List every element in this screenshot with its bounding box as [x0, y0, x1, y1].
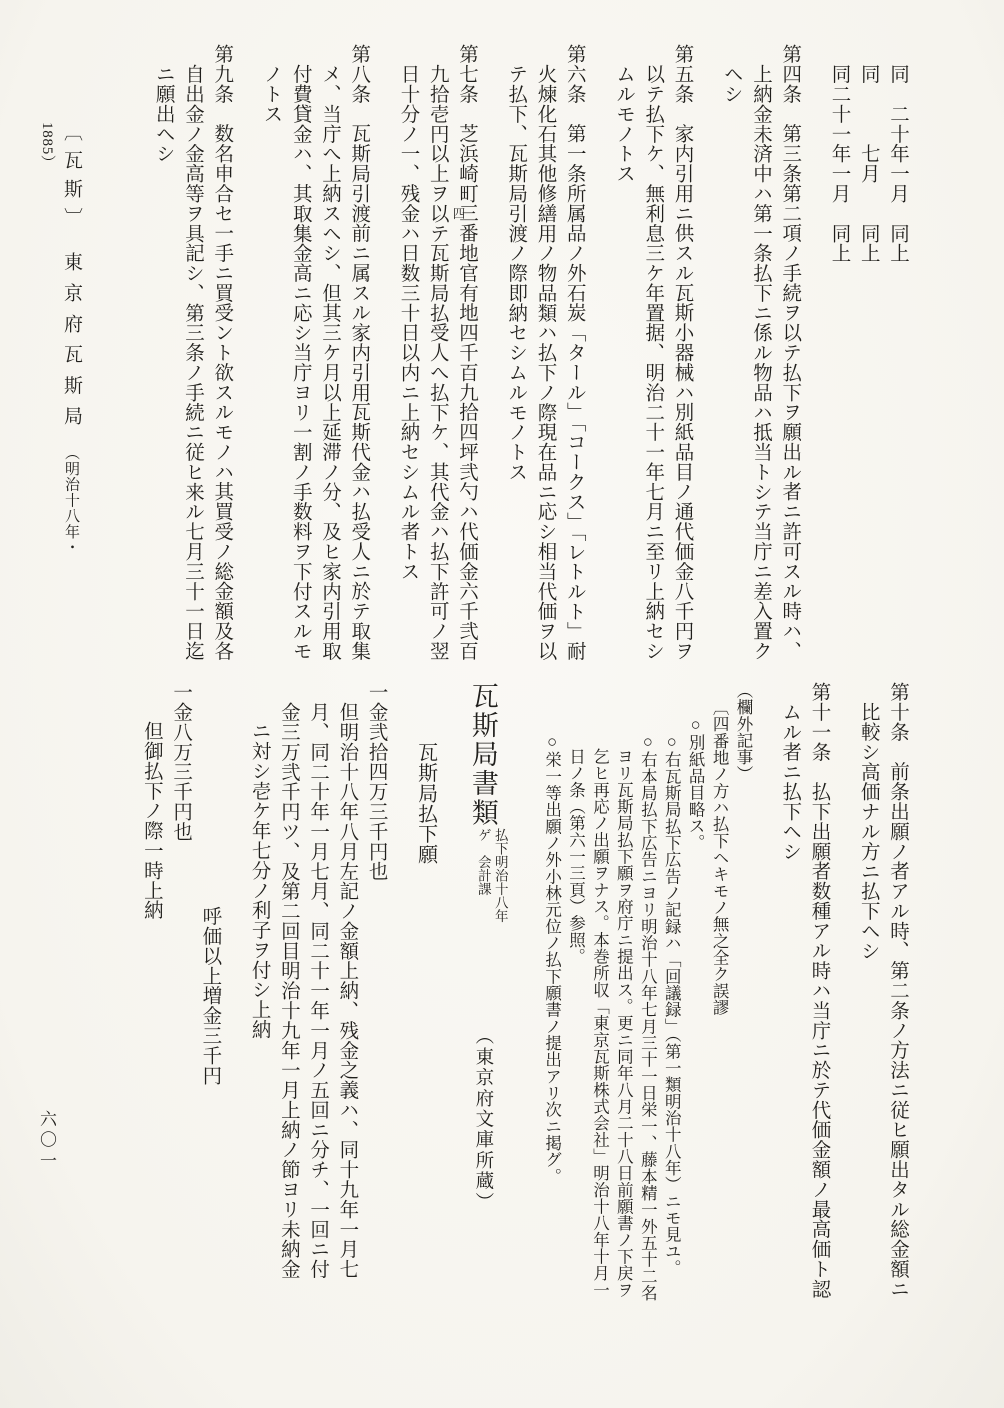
margin-note: ○右瓦斯局払下広告ノ記録ハ「回議録」（第一類明治十八年）ニモ見ユ。: [659, 682, 683, 1326]
date-line: 同 七月 同上: [854, 44, 883, 676]
margin-notes: （欄外記事） 〔四番地ノ方ハ払下ヘキモノ無之全ク誤謬 ○別紙品目略ス。 ○右瓦斯…: [540, 682, 755, 1326]
petition-line: ニ対シ壱ケ年七分ノ利子ヲ付シ上納: [244, 682, 273, 1326]
annotation-col-left: ゲ: [474, 828, 491, 855]
document-heading-line: 瓦斯局書類払下ゲ明治十八年会計課（東京府文庫所蔵）: [461, 682, 520, 1326]
petition-line: 但明治十八年八月左記ノ金額上納、残金之義ハ、同十九年一月七: [332, 682, 361, 1326]
article-4: 第四条 第三条第二項ノ手続ヲ以テ払下ヲ願出ル者ニ許可スル時ハ、 上納金未済中ハ第…: [717, 44, 805, 676]
annotation-col-left: 会計課: [474, 855, 491, 923]
article-9-line: ニ願出ヘシ: [149, 44, 178, 676]
article-7-line: 九拾壱円以上ヲ以テ瓦斯局払受人へ払下ケ、其代金ハ払下許可ノ翌: [423, 44, 452, 676]
document-heading-column: 瓦斯局書類払下ゲ明治十八年会計課（東京府文庫所蔵）: [461, 682, 520, 1326]
article-6-line: 第六条 第一条所属品ノ外石炭「タール」「コークス」「レトルト」耐: [560, 44, 589, 676]
article-9-line: 第九条 数名申合セ一手ニ買受ント欲スルモノハ其買受ノ総金額及各: [207, 44, 236, 676]
regulation-articles-upper: 同 二十年一月 同上 同 七月 同上 同二十一年一月 同上 第四条 第三条第二項…: [149, 44, 913, 676]
banchi-side-char: 四: [448, 207, 467, 220]
page-number: 六〇一: [34, 1110, 59, 1172]
annotation-col-right: 払下: [491, 828, 508, 855]
petition-amount-1: 一金弐拾四万三千円也 但明治十八年八月左記ノ金額上納、残金之義ハ、同十九年一月七…: [244, 682, 390, 1326]
petition-call-price-note: 呼価以上増金三千円: [195, 682, 224, 1326]
petition-line: 但御払下ノ際一時上納: [137, 682, 166, 1326]
annotation-col-right: 明治十八年: [491, 855, 508, 923]
article-10-line: 比較シ高価ナル方ニ払下ヘシ: [854, 682, 883, 1326]
article-5-line: ムルモノトス: [609, 44, 638, 676]
petition-line: 金三万弐千円ツ、及第二回目明治十九年一月上納ノ節ヨリ未納金: [274, 682, 303, 1326]
running-head-title: 東京府瓦斯局: [61, 236, 82, 437]
article-5: 第五条 家内引用ニ供スル瓦斯小器械ハ別紙品目ノ通代価金八千円ヲ 以テ払下ケ、無利…: [609, 44, 697, 676]
article-7-text-pre: 第七条 芝浜崎町: [456, 44, 477, 203]
article-4-line: 第四条 第三条第二項ノ手続ヲ以テ払下ヲ願出ル者ニ許可スル時ハ、: [775, 44, 804, 676]
petition-line: 一金弐拾四万三千円也: [361, 682, 390, 1326]
article-6: 第六条 第一条所属品ノ外石炭「タール」「コークス」「レトルト」耐 火煉化石其他修…: [501, 44, 589, 676]
date-line: 同二十一年一月 同上: [824, 44, 853, 676]
article-7-line: 第七条 芝浜崎町三四番地官有地四千百九拾四坪弐勺ハ代価金六千弐百: [452, 44, 481, 676]
margin-note: 〔四番地ノ方ハ払下ヘキモノ無之全ク誤謬: [707, 682, 731, 1326]
petition-title-column: 瓦斯局払下願: [411, 682, 441, 1326]
petition-amount-2: 呼価以上増金三千円 一金八万三千円也 但御払下ノ際一時上納: [137, 682, 225, 1326]
petition-line: 月、同二十年一月七月、同二十一年一月ノ五回ニ分チ、一回ニ付: [303, 682, 332, 1326]
petition-title: 瓦斯局払下願: [411, 682, 441, 1326]
margin-notes-label: （欄外記事）: [731, 682, 755, 1326]
date-line: 同 二十年一月 同上: [883, 44, 912, 676]
banchi-side-correction: 三四: [456, 203, 477, 223]
margin-note: ○別紙品目略ス。: [683, 682, 707, 1326]
petition-line: 一金八万三千円也: [166, 682, 195, 1326]
article-9-line: 自出金ノ金高等ヲ具記シ、第三条ノ手続ニ従ヒ来ル七月三十一日迄: [178, 44, 207, 676]
margin-note: ○右本局払下広告ニヨリ明治十八年七月三十一日栄一、藤本精一外五十二名: [635, 682, 659, 1326]
article-5-line: 第五条 家内引用ニ供スル瓦斯小器械ハ別紙品目ノ通代価金八千円ヲ: [667, 44, 696, 676]
document-title: 瓦斯局書類: [468, 682, 498, 828]
margin-note: ○栄一等出願ノ外小林元位ノ払下願書ノ提出アリ次ニ掲グ。: [540, 682, 564, 1326]
article-8-line: 付費貸金ハ、其取集金高ニ応シ当庁ヨリ一割ノ手数料ヲ下付スルモ: [286, 44, 315, 676]
article-8-line: ノトス: [256, 44, 285, 676]
heading-annotation-year-section: 明治十八年会計課: [474, 855, 508, 923]
article-6-line: テ払下、瓦斯局引渡ノ際即納セシムルモノトス: [501, 44, 530, 676]
running-head: 〔瓦斯〕東京府瓦斯局（明治十八年・1885）: [36, 122, 85, 592]
article-4-line: ヘシ: [717, 44, 746, 676]
date-amendment-list: 同 二十年一月 同上 同 七月 同上 同二十一年一月 同上: [824, 44, 912, 676]
book-page: 同 二十年一月 同上 同 七月 同上 同二十一年一月 同上 第四条 第三条第二項…: [0, 0, 1004, 1408]
heading-spacer: [482, 922, 483, 1026]
article-8: 第八条 瓦斯局引渡前ニ属スル家内引用瓦斯代金ハ払受人ニ於テ取集 メ、当庁へ上納ス…: [256, 44, 373, 676]
article-7: 第七条 芝浜崎町三四番地官有地四千百九拾四坪弐勺ハ代価金六千弐百 九拾壱円以上ヲ…: [393, 44, 481, 676]
archive-source: （東京府文庫所蔵）: [473, 1026, 493, 1212]
article-7-text-post: 番地官有地四千百九拾四坪弐勺ハ代価金六千弐百: [456, 223, 477, 661]
article-7-line: 日十分ノ一、残金ハ日数三十日以内ニ上納セシムル者トス: [393, 44, 422, 676]
margin-note: ヨリ瓦斯局払下願ヲ府庁ニ提出ス。更ニ同年八月二十八日前願書ノ下戻ヲ: [611, 682, 635, 1326]
article-8-line: 第八条 瓦斯局引渡前ニ属スル家内引用瓦斯代金ハ払受人ニ於テ取集: [344, 44, 373, 676]
article-4-line: 上納金未済中ハ第一条払下ニ係ル物品ハ抵当トシテ当庁ニ差入置ク: [746, 44, 775, 676]
regulation-articles-lower: 第十条 前条出願ノ者アル時、第二条ノ方法ニ従ヒ願出タル総金額ニ 比較シ高価ナル方…: [137, 682, 912, 1326]
article-5-line: 以テ払下ケ、無利息三ケ年置据、明治二十一年七月ニ至リ上納セシ: [638, 44, 667, 676]
running-head-category: 〔瓦斯〕: [61, 122, 82, 236]
article-11-line: 第十一条 払下出願者数種アル時ハ当庁ニ於テ代価金額ノ最高価ト認: [804, 682, 833, 1326]
article-10: 第十条 前条出願ノ者アル時、第二条ノ方法ニ従ヒ願出タル総金額ニ 比較シ高価ナル方…: [854, 682, 913, 1326]
article-9: 第九条 数名申合セ一手ニ買受ント欲スルモノハ其買受ノ総金額及各 自出金ノ金高等ヲ…: [149, 44, 237, 676]
article-11-line: ムル者ニ払下ヘシ: [775, 682, 804, 1326]
article-6-line: 火煉化石其他修繕用ノ物品類ハ払下ノ際現在品ニ応シ相当代価ヲ以: [530, 44, 559, 676]
article-8-line: メ、当庁へ上納スヘシ、但其三ケ月以上延滞ノ分、及ヒ家内引用取: [315, 44, 344, 676]
margin-note: 乞ヒ再応ノ出願ヲナス。本巻所収「東京瓦斯株式会社」明治十八年十月一: [588, 682, 612, 1326]
margin-note: 日ノ条（第六一三頁）参照。: [564, 682, 588, 1326]
article-11: 第十一条 払下出願者数種アル時ハ当庁ニ於テ代価金額ノ最高価ト認 ムル者ニ払下ヘシ: [775, 682, 834, 1326]
article-10-line: 第十条 前条出願ノ者アル時、第二条ノ方法ニ従ヒ願出タル総金額ニ: [883, 682, 912, 1326]
heading-annotation-haraisage: 払下ゲ: [474, 828, 508, 855]
